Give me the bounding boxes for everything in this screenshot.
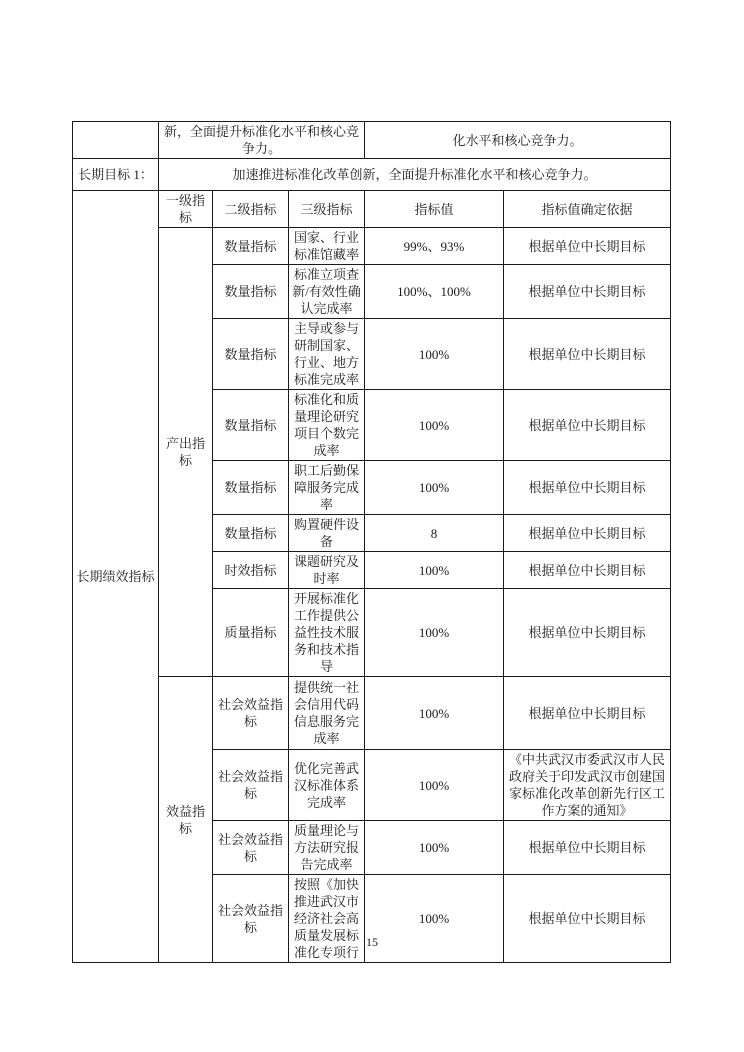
cell-level2: 数量指标	[213, 319, 289, 390]
group-benefit: 效益指标	[159, 677, 213, 963]
goal-label: 长期目标 1：	[73, 159, 159, 191]
cell-basis: 根据单位中长期目标	[504, 390, 671, 461]
cell-level2: 社会效益指标	[213, 677, 289, 750]
continuation-text-right: 化水平和核心竞争力。	[365, 122, 671, 159]
cell-level2: 社会效益指标	[213, 821, 289, 875]
cell-level2: 数量指标	[213, 390, 289, 461]
cell-level3: 标准立项查新/有效性确认完成率	[289, 265, 365, 319]
cell-level3: 主导或参与研制国家、行业、地方标准完成率	[289, 319, 365, 390]
cell-level3: 开展标准化工作提供公益性技术服务和技术指导	[289, 589, 365, 677]
cell-level2: 时效指标	[213, 552, 289, 589]
cell-level3: 标准化和质量理论研究项目个数完成率	[289, 390, 365, 461]
cell-value: 100%	[365, 750, 504, 821]
table-header-row: 长期绩效指标 一级指标 二级指标 三级指标 指标值 指标值确定依据	[73, 191, 671, 228]
cell-basis: 根据单位中长期目标	[504, 515, 671, 552]
cell-level2: 质量指标	[213, 589, 289, 677]
cell-basis: 根据单位中长期目标	[504, 319, 671, 390]
cell-value: 8	[365, 515, 504, 552]
table-row: 产出指标 数量指标 国家、行业标准馆藏率 99%、93% 根据单位中长期目标	[73, 228, 671, 265]
cell-level3: 优化完善武汉标准体系完成率	[289, 750, 365, 821]
section-label: 长期绩效指标	[73, 191, 159, 963]
cell-basis: 根据单位中长期目标	[504, 589, 671, 677]
cell-level2: 社会效益指标	[213, 750, 289, 821]
cell-value: 100%	[365, 821, 504, 875]
cell-basis: 根据单位中长期目标	[504, 228, 671, 265]
header-level1: 一级指标	[159, 191, 213, 228]
cell-basis: 根据单位中长期目标	[504, 821, 671, 875]
cell-basis: 根据单位中长期目标	[504, 552, 671, 589]
table-row: 效益指标 社会效益指标 提供统一社会信用代码信息服务完成率 100% 根据单位中…	[73, 677, 671, 750]
cell-level2: 数量指标	[213, 228, 289, 265]
cell-level3: 课题研究及时率	[289, 552, 365, 589]
cell-value: 100%	[365, 319, 504, 390]
page-number: 15	[0, 934, 744, 950]
cell-level3: 职工后勤保障服务完成率	[289, 461, 365, 515]
cell-level2: 数量指标	[213, 461, 289, 515]
cell-level3: 国家、行业标准馆藏率	[289, 228, 365, 265]
header-level2: 二级指标	[213, 191, 289, 228]
cell-level2: 数量指标	[213, 265, 289, 319]
cell-level3: 提供统一社会信用代码信息服务完成率	[289, 677, 365, 750]
cell-basis: 根据单位中长期目标	[504, 461, 671, 515]
empty-cell	[73, 122, 159, 159]
table-row: 新，全面提升标准化水平和核心竞争力。 化水平和核心竞争力。	[73, 122, 671, 159]
cell-basis: 根据单位中长期目标	[504, 265, 671, 319]
cell-basis: 《中共武汉市委武汉市人民政府关于印发武汉市创建国家标准化改革创新先行区工作方案的…	[504, 750, 671, 821]
continuation-text-left: 新，全面提升标准化水平和核心竞争力。	[159, 122, 365, 159]
cell-level3: 购置硬件设备	[289, 515, 365, 552]
cell-value: 100%	[365, 552, 504, 589]
cell-basis: 根据单位中长期目标	[504, 677, 671, 750]
cell-value: 100%	[365, 589, 504, 677]
cell-value: 100%	[365, 390, 504, 461]
cell-level3: 质量理论与方法研究报告完成率	[289, 821, 365, 875]
header-level3: 三级指标	[289, 191, 365, 228]
performance-indicator-table: 新，全面提升标准化水平和核心竞争力。 化水平和核心竞争力。 长期目标 1： 加速…	[72, 121, 671, 963]
cell-value: 100%、100%	[365, 265, 504, 319]
cell-value: 100%	[365, 677, 504, 750]
table-row: 长期目标 1： 加速推进标准化改革创新，全面提升标准化水平和核心竞争力。	[73, 159, 671, 191]
header-value: 指标值	[365, 191, 504, 228]
header-basis: 指标值确定依据	[504, 191, 671, 228]
cell-value: 100%	[365, 461, 504, 515]
group-output: 产出指标	[159, 228, 213, 677]
cell-value: 99%、93%	[365, 228, 504, 265]
document-page: 新，全面提升标准化水平和核心竞争力。 化水平和核心竞争力。 长期目标 1： 加速…	[0, 0, 744, 1052]
cell-level2: 数量指标	[213, 515, 289, 552]
goal-text: 加速推进标准化改革创新，全面提升标准化水平和核心竞争力。	[159, 159, 671, 191]
